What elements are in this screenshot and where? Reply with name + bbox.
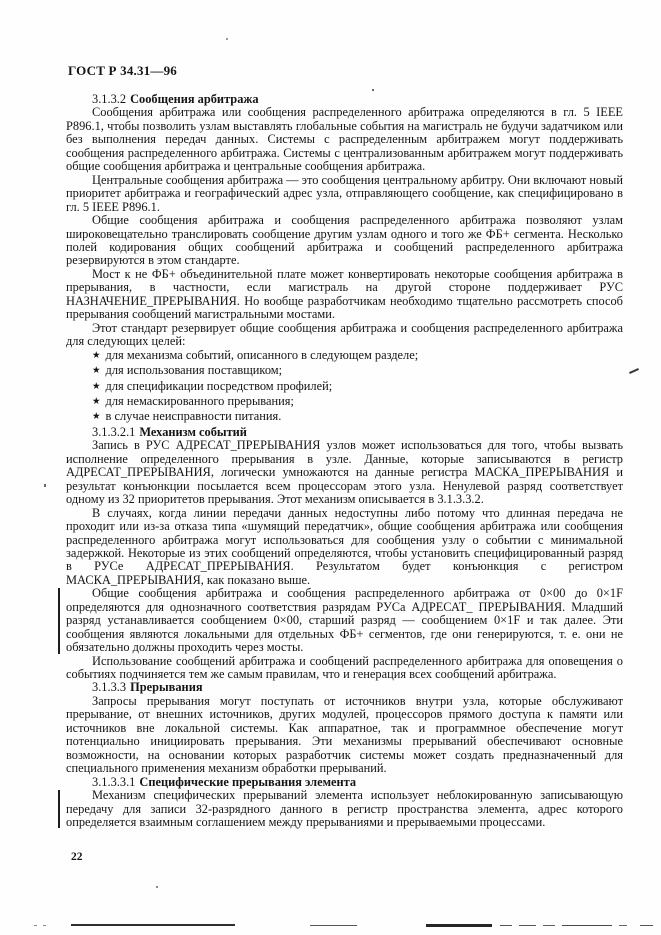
paragraph-reserved-purposes: Этот стандарт резервирует общие сообщени… (66, 322, 623, 349)
section-number: 3.1.3.3 (92, 680, 126, 694)
scan-artifact-dot (43, 925, 46, 926)
running-header: ГОСТ Р 34.31—96 (68, 63, 177, 79)
section-heading-3-1-3-2: 3.1.3.2Сообщения арбитража (66, 93, 623, 106)
section-title: Механизм событий (139, 425, 247, 439)
speck-artifact (372, 89, 374, 91)
section-title: Специфические прерывания элемента (139, 775, 356, 789)
section-number: 3.1.3.2 (92, 92, 126, 106)
paragraph-bridge: Мост к не ФБ+ объединительной плате може… (66, 268, 623, 322)
scan-artifact-dash (543, 925, 555, 926)
scan-artifact-line (71, 924, 235, 926)
bullet-text: для спецификации посредством профилей; (106, 379, 333, 393)
scan-artifact-line (426, 924, 492, 927)
document-page: ГОСТ Р 34.31—96 3.1.3.2Сообщения арбитра… (0, 0, 661, 935)
bullet-text: для использования поставщиком; (106, 363, 283, 377)
section-heading-3-1-3-3: 3.1.3.3Прерывания (66, 681, 623, 694)
bullet-text: в случае неисправности питания. (106, 409, 282, 423)
paragraph-noisy-transmitter: В случаях, когда линии передачи данных н… (66, 507, 623, 588)
section-title: Прерывания (130, 680, 202, 694)
star-bullet-icon: ★ (92, 397, 101, 407)
scan-artifact-dot (34, 925, 37, 926)
speck-artifact (226, 38, 228, 40)
paragraph-message-range: Общие сообщения арбитража и сообщения ра… (66, 587, 623, 654)
paragraph-event-mechanism: Запись в РУС АДРЕСАТ_ПРЕРЫВАНИЯ узлов мо… (66, 439, 623, 506)
paragraph-central-messages: Центральные сообщения арбитража — это со… (66, 174, 623, 214)
star-bullet-icon: ★ (92, 382, 101, 392)
section-number: 3.1.3.3.1 (92, 775, 135, 789)
bullet-item: ★для механизма событий, описанного в сле… (66, 349, 623, 364)
bullet-item: ★для использования поставщиком; (66, 364, 623, 379)
scan-artifact-dash (500, 925, 512, 926)
section-heading-3-1-3-3-1: 3.1.3.3.1Специфические прерывания элемен… (66, 776, 623, 789)
scan-artifact-dash (519, 925, 536, 926)
scan-artifact-dash (619, 925, 627, 926)
star-bullet-icon: ★ (92, 366, 101, 376)
bullet-item: ★в случае неисправности питания. (66, 410, 623, 425)
star-bullet-icon: ★ (92, 351, 101, 361)
pen-mark-artifact (629, 368, 639, 374)
paragraph-general-messages: Общие сообщения арбитража и сообщения ра… (66, 214, 623, 268)
speck-artifact (44, 484, 46, 487)
section-number: 3.1.3.2.1 (92, 425, 135, 439)
paragraph-interrupt-requests: Запросы прерывания могут поступать от ис… (66, 695, 623, 776)
paragraph-arbitration-messages: Сообщения арбитража или сообщения распре… (66, 106, 623, 173)
document-body: 3.1.3.2Сообщения арбитража Сообщения арб… (66, 93, 623, 829)
star-bullet-icon: ★ (92, 412, 101, 422)
paragraph-element-specific-interrupts: Механизм специфических прерываний элемен… (66, 789, 623, 829)
section-title: Сообщения арбитража (130, 92, 259, 106)
bullet-text: для немаскированного прерывания; (106, 394, 294, 408)
paragraph-usage-rules: Использование сообщений арбитража и сооб… (66, 655, 623, 682)
bullet-item: ★для спецификации посредством профилей; (66, 380, 623, 395)
bullet-text: для механизма событий, описанного в след… (106, 348, 419, 362)
page-number: 22 (71, 851, 83, 863)
scan-artifact-line (562, 925, 612, 926)
scan-artifact-line (310, 925, 357, 926)
scan-artifact-dash (640, 925, 653, 926)
bullet-item: ★для немаскированного прерывания; (66, 395, 623, 410)
section-heading-3-1-3-2-1: 3.1.3.2.1Механизм событий (66, 426, 623, 439)
speck-artifact (156, 886, 158, 888)
